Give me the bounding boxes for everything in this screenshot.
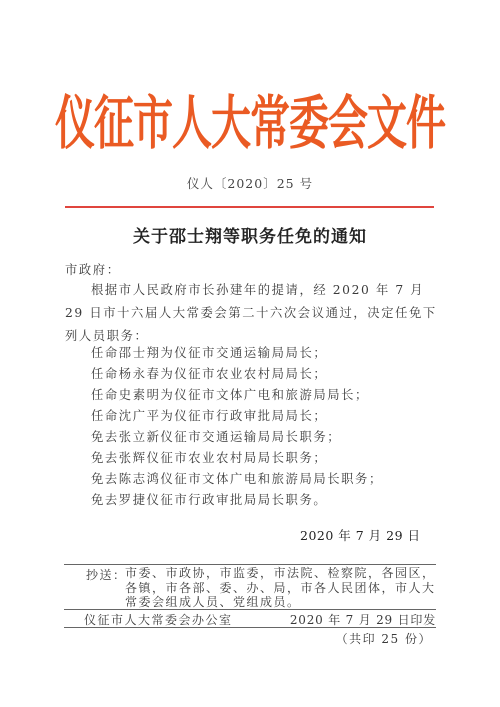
footer-rule-middle xyxy=(64,609,436,610)
copies-count: （共印 25 份） xyxy=(336,630,432,647)
cc-label: 抄送： xyxy=(86,566,127,583)
list-item: 免去张辉仪征市农业农村局局长职务； xyxy=(91,448,383,469)
red-header-rule xyxy=(65,206,434,208)
list-item: 任命史素明为仪征市文体广电和旅游局局长； xyxy=(91,385,383,406)
footer-rule-top xyxy=(64,564,436,565)
issue-date: 2020 年 7 月 29 日印发 xyxy=(290,611,436,628)
notice-date: 2020 年 7 月 29 日 xyxy=(300,526,421,544)
notice-body: 根据市人民政府市长孙建年的提请，经 2020 年 7 月 29 日市十六届人大常… xyxy=(65,279,437,348)
appointment-list: 任命邵士翔为仪征市交通运输局局长； 任命杨永春为仪征市农业农村局局长； 任命史素… xyxy=(91,343,383,511)
notice-title: 关于邵士翔等职务任免的通知 xyxy=(0,222,500,247)
list-item: 免去罗捷仪征市行政审批局局长职务。 xyxy=(91,490,383,511)
document-masthead: 仪征市人大常委会文件 xyxy=(0,92,500,156)
list-item: 任命杨永春为仪征市农业农村局局长； xyxy=(91,364,383,385)
list-item: 免去张立新仪征市交通运输局局长职务； xyxy=(91,427,383,448)
footer-rule-bottom xyxy=(64,627,436,628)
cc-recipients: 市委、市政协，市监委，市法院、检察院，各园区，各镇，市各部、委、办、局，市各人民… xyxy=(125,566,437,610)
list-item: 任命邵士翔为仪征市交通运输局局长； xyxy=(91,343,383,364)
document-number: 仪人〔2020〕25 号 xyxy=(0,174,500,192)
list-item: 任命沈广平为仪征市行政审批局局长； xyxy=(91,406,383,427)
list-item: 免去陈志鸿仪征市文体广电和旅游局局长职务； xyxy=(91,469,383,490)
issuing-office: 仪征市人大常委会办公室 xyxy=(84,611,233,628)
